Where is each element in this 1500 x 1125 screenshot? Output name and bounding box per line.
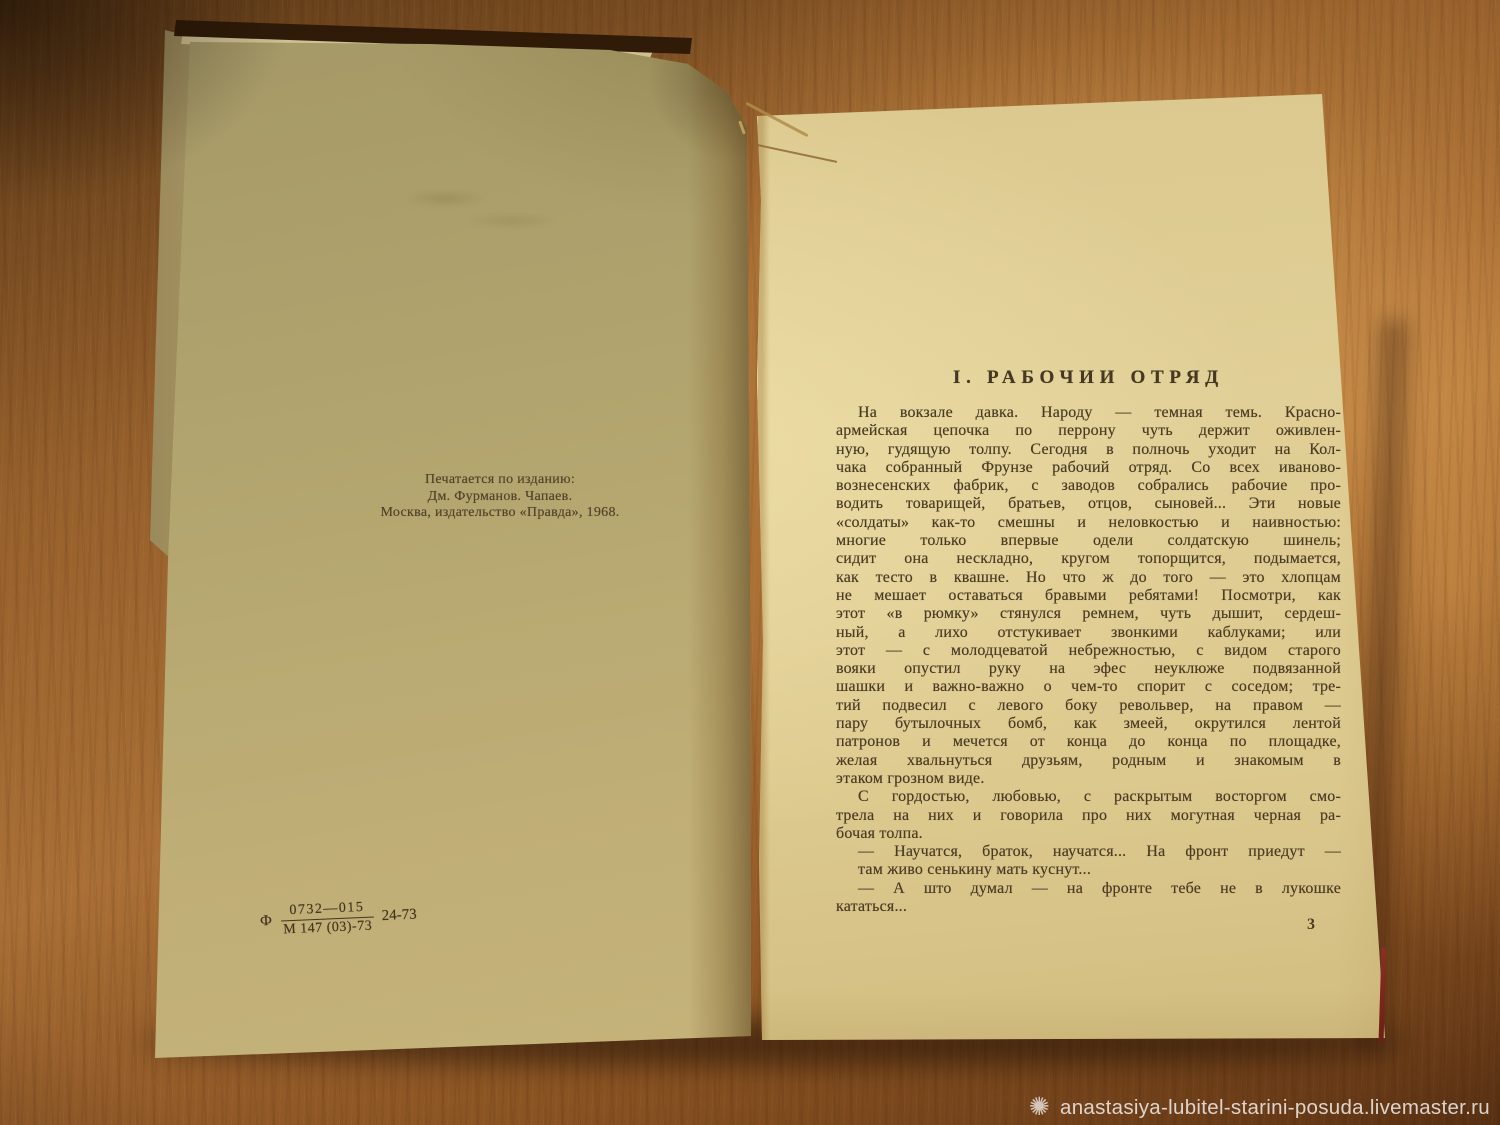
text-line: желая хвальнуться друзьям, родным и знак…: [836, 752, 1341, 770]
text-line: бочая толпа.: [836, 825, 1341, 843]
text-line: армейская цепочка по перрону чуть держит…: [836, 422, 1341, 440]
imprint-block: Печатается по изданию: Дм. Фурманов. Чап…: [330, 472, 670, 522]
chapter-title: I. РАБОЧИИ ОТРЯД: [836, 367, 1341, 389]
text-line: этот «в рюмку» стянулся ремнем, чуть дыш…: [836, 605, 1341, 623]
imprint-line: Москва, издательство «Правда», 1968.: [330, 505, 670, 522]
ink-bleedthrough: [388, 176, 578, 240]
text-line: там живо сенькину мать куснут...: [836, 861, 1341, 879]
text-line: «солдаты» как-то смешны и неловкостью и …: [836, 514, 1341, 532]
watermark-text: anastasiya-lubitel-starini-posuda.livema…: [1060, 1096, 1490, 1120]
watermark: ✺ anastasiya-lubitel-starini-posuda.live…: [1029, 1095, 1490, 1120]
text-line: вознесенских фабрик, с заводов собрались…: [836, 477, 1341, 495]
text-line: — Научатся, браток, научатся... На фронт…: [836, 843, 1341, 861]
text-line: пару бутылочных бомб, как змеей, окрутил…: [836, 715, 1341, 733]
text-line: кататься...: [836, 898, 1341, 916]
text-line: ный, а лихо отстукивает звонкими каблука…: [836, 624, 1341, 642]
imprint-line: Дм. Фурманов. Чапаев.: [330, 489, 670, 506]
text-line: — А што думал — на фронте тебе не в луко…: [836, 880, 1341, 898]
body-text: На вокзале давка. Народу — темная темь. …: [836, 404, 1341, 916]
text-line: С гордостью, любовью, с раскрытым востор…: [836, 788, 1341, 806]
text-line: На вокзале давка. Народу — темная темь. …: [836, 404, 1341, 422]
text-line: как тесто в квашне. Но что ж до того — э…: [836, 569, 1341, 587]
colophon-denominator: М 147 (03)-73: [281, 917, 375, 938]
ornament-star-icon: ✺: [1029, 1095, 1050, 1120]
text-line: сидит она нескладно, кругом топорщится, …: [836, 550, 1341, 568]
text-line: трела на них и говорила про них могутная…: [836, 807, 1341, 825]
text-line: водить товарищей, братьев, отцов, сынове…: [836, 495, 1341, 513]
colophon-suffix: 24-73: [381, 907, 417, 926]
text-line: вояки опустил руку на эфес неуклюже подв…: [836, 660, 1341, 678]
gutter-shadow: [688, 60, 752, 1050]
imprint-line: Печатается по изданию:: [330, 472, 670, 489]
text-line: тий подвесил с левого боку револьвер, на…: [836, 697, 1341, 715]
text-line: многие только впервые одели солдатскую ш…: [836, 532, 1341, 550]
colophon-prefix: Ф: [260, 913, 273, 931]
text-line: не мешает оставаться бравыми ребятами! П…: [836, 587, 1341, 605]
colophon-fraction: 0732—015М 147 (03)-73: [280, 899, 374, 938]
page-number: 3: [836, 916, 1341, 934]
text-line: этот — с молодцеватой небрежностью, с ви…: [836, 642, 1341, 660]
text-line: чака собранный Фрунзе рабочий отряд. Со …: [836, 459, 1341, 477]
text-line: шашки и важно-важно о чем-то спорит с со…: [836, 678, 1341, 696]
colophon-code: Ф0732—015М 147 (03)-7324-73: [259, 898, 417, 940]
text-line: ную, гудящую толпу. Сегодня в полночь ух…: [836, 441, 1341, 459]
text-line: этаком грозном виде.: [836, 770, 1341, 788]
text-line: патронов и мечется от конца до конца по …: [836, 733, 1341, 751]
book-photo: Печатается по изданию: Дм. Фурманов. Чап…: [0, 0, 1500, 1125]
